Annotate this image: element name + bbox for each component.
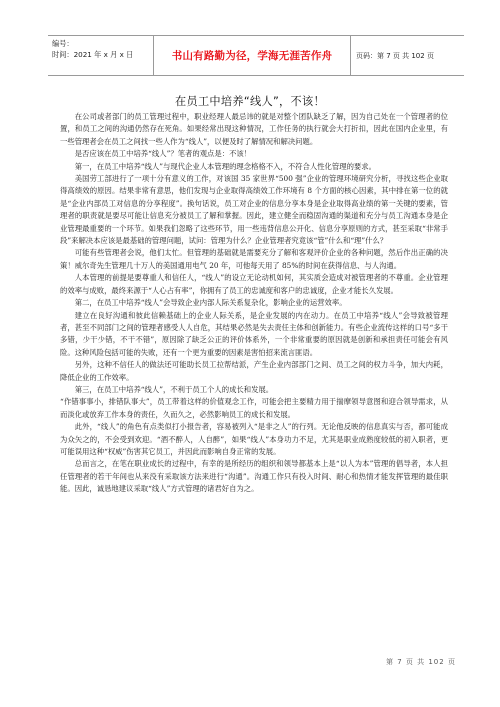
header-page-info: 页码：第 7 页 共 102 页 [356, 51, 434, 61]
paragraph: 人本管理的前提是要尊重人和信任人，“线人”的设立无论动机如何，其实质会造成对被管… [60, 272, 448, 297]
paragraph: “作错事事小，排错队事大”，员工带着这样的价值观念工作，可能会把主要精力用于揣摩… [60, 396, 448, 421]
paragraph: 在公司或者部门的员工管理过程中，职业经理人最忌讳的就是对整个团队缺乏了解，因为自… [60, 111, 448, 148]
paragraph: 建立在良好沟通和彼此信赖基础上的企业人际关系，是企业发展的内在动力。在员工中培养… [60, 310, 448, 360]
document-date: 时间：2021 年 x 月 x 日 [52, 50, 153, 61]
paragraph: 可能有些管理者会说，他们太忙。但管理的基础就是需要充分了解和客观评价企业的各种问… [60, 247, 448, 272]
header-motto: 书山有路勤为径，学海无涯苦作舟 [172, 48, 333, 63]
document-body: 在公司或者部门的员工管理过程中，职业经理人最忌讳的就是对整个团队缺乏了解，因为自… [60, 111, 448, 496]
document-number-label: 编号： [52, 39, 153, 50]
section-heading: 第一，在员工中培养“线人”与现代企业人本管理的理念格格不入，不符合人性化管理的要… [60, 161, 448, 173]
paragraph: 另外，这种不信任人的做法还可能助长员工拉帮结派，产生企业内部部门之间、员工之间的… [60, 359, 448, 384]
section-heading: 第二，在员工中培养“线人”会导致企业内部人际关系复杂化，影响企业的运营效率。 [60, 297, 448, 309]
header-motto-cell: 书山有路勤为径，学海无涯苦作舟 [154, 36, 351, 75]
paragraph: 总而言之，在笔在职业成长的过程中，有幸的是所经历的组织和领导都基本上是“以人为本… [60, 458, 448, 495]
paragraph: 美国劳工部进行了一项十分有意义的工作，对该国 35 家世界“500 强”企业的管… [60, 173, 448, 247]
header-meta-cell: 编号： 时间：2021 年 x 月 x 日 [48, 36, 154, 75]
page-footer: 第 7 页 共 102 页 [386, 657, 456, 667]
header-page-cell: 页码：第 7 页 共 102 页 [351, 36, 464, 75]
section-heading: 第三，在员工中培养“线人”，不利于员工个人的成长和发展。 [60, 384, 448, 396]
paragraph: 是否应该在员工中培养“线人”？笔者的观点是：不该！ [60, 148, 448, 160]
page-header: 编号： 时间：2021 年 x 月 x 日 书山有路勤为径，学海无涯苦作舟 页码… [48, 35, 464, 76]
document-title: 在员工中培养“线人”，不该！ [0, 93, 500, 109]
paragraph: 此外，“线人”的角色有点类似打小报告者，容易被列入“是非之人”的行列。无论他反映… [60, 421, 448, 458]
